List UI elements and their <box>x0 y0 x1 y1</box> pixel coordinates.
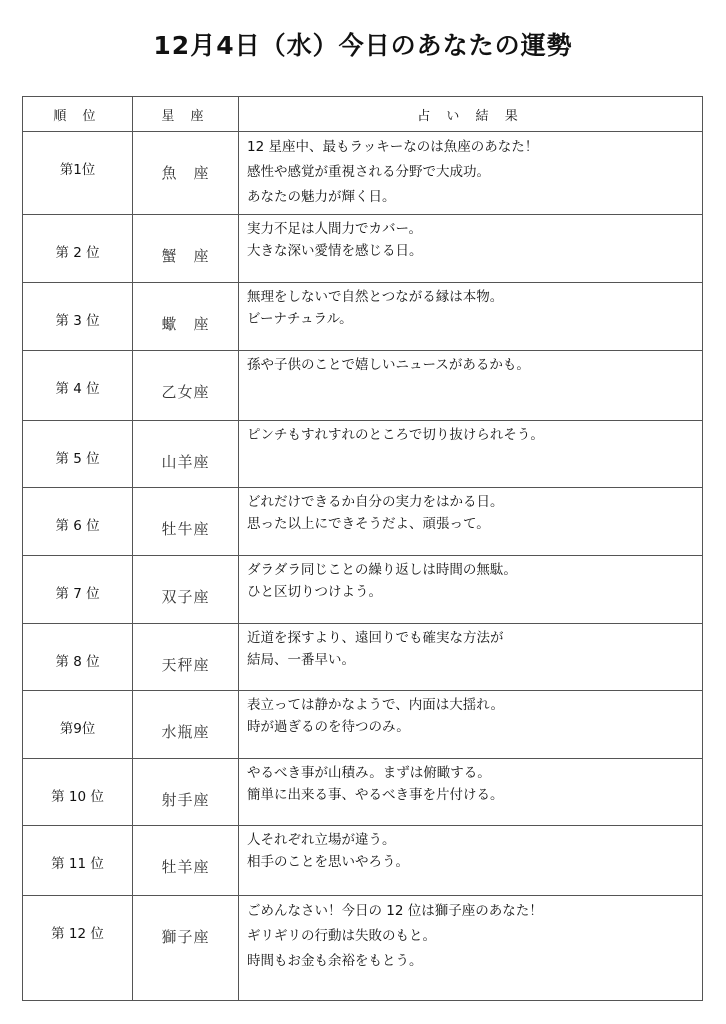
table-row: 第 8 位天秤座近道を探すより、遠回りでも確実な方法が結局、一番早い。 <box>23 624 703 691</box>
result-line: 大きな深い愛情を感じる日。 <box>247 240 694 262</box>
table-row: 第 2 位蟹 座実力不足は人間力でカバー。大きな深い愛情を感じる日。 <box>23 215 703 283</box>
result-line: 結局、一番早い。 <box>247 649 694 671</box>
rank-cell: 第 4 位 <box>23 351 133 421</box>
result-line: どれだけできるか自分の実力をはかる日。 <box>247 491 694 513</box>
header-sign: 星 座 <box>133 97 239 132</box>
result-line: 思った以上にできそうだよ、頑張って。 <box>247 513 694 535</box>
table-row: 第 4 位乙女座孫や子供のことで嬉しいニュースがあるかも。 <box>23 351 703 421</box>
result-cell: 孫や子供のことで嬉しいニュースがあるかも。 <box>239 351 703 421</box>
table-row: 第 11 位牡羊座人それぞれ立場が違う。相手のことを思いやろう。 <box>23 826 703 896</box>
sign-cell: 射手座 <box>133 759 239 826</box>
table-row: 第 10 位射手座やるべき事が山積み。まずは俯瞰する。簡単に出来る事、やるべき事… <box>23 759 703 826</box>
result-line: 人それぞれ立場が違う。 <box>247 829 694 851</box>
sign-cell: 山羊座 <box>133 421 239 488</box>
result-cell: 実力不足は人間力でカバー。大きな深い愛情を感じる日。 <box>239 215 703 283</box>
fortune-table: 順 位 星 座 占 い 結 果 第1位魚 座12 星座中、最もラッキーなのは魚座… <box>22 96 703 1001</box>
result-line: 無理をしないで自然とつながる縁は本物。 <box>247 286 694 308</box>
result-cell: ごめんなさい！今日の 12 位は獅子座のあなた！ギリギリの行動は失敗のもと。時間… <box>239 896 703 1001</box>
result-line: 時間もお金も余裕をもとう。 <box>247 949 694 974</box>
table-row: 第9位水瓶座表立っては静かなようで、内面は大揺れ。時が過ぎるのを待つのみ。 <box>23 691 703 759</box>
result-line: ギリギリの行動は失敗のもと。 <box>247 924 694 949</box>
table-row: 第 12 位獅子座ごめんなさい！今日の 12 位は獅子座のあなた！ギリギリの行動… <box>23 896 703 1001</box>
table-header-row: 順 位 星 座 占 い 結 果 <box>23 97 703 132</box>
sign-cell: 天秤座 <box>133 624 239 691</box>
result-line: 孫や子供のことで嬉しいニュースがあるかも。 <box>247 354 694 376</box>
table-row: 第 6 位牡牛座どれだけできるか自分の実力をはかる日。思った以上にできそうだよ、… <box>23 488 703 556</box>
result-line: 近道を探すより、遠回りでも確実な方法が <box>247 627 694 649</box>
table-row: 第 3 位蠍 座無理をしないで自然とつながる縁は本物。ビーナチュラル。 <box>23 283 703 351</box>
result-cell: 無理をしないで自然とつながる縁は本物。ビーナチュラル。 <box>239 283 703 351</box>
sign-cell: 蠍 座 <box>133 283 239 351</box>
result-line: ビーナチュラル。 <box>247 308 694 330</box>
result-line: ダラダラ同じことの繰り返しは時間の無駄。 <box>247 559 694 581</box>
result-line: 簡単に出来る事、やるべき事を片付ける。 <box>247 784 694 806</box>
result-line: 時が過ぎるのを待つのみ。 <box>247 716 694 738</box>
sign-cell: 魚 座 <box>133 132 239 215</box>
sign-cell: 蟹 座 <box>133 215 239 283</box>
result-line: 感性や感覚が重視される分野で大成功。 <box>247 160 694 185</box>
sign-cell: 双子座 <box>133 556 239 624</box>
result-line: ごめんなさい！今日の 12 位は獅子座のあなた！ <box>247 899 694 924</box>
rank-cell: 第 2 位 <box>23 215 133 283</box>
rank-cell: 第 12 位 <box>23 896 133 1001</box>
sign-cell: 獅子座 <box>133 896 239 1001</box>
result-line: ピンチもすれすれのところで切り抜けられそう。 <box>247 424 694 446</box>
table-row: 第1位魚 座12 星座中、最もラッキーなのは魚座のあなた！感性や感覚が重視される… <box>23 132 703 215</box>
table-row: 第 7 位双子座ダラダラ同じことの繰り返しは時間の無駄。ひと区切りつけよう。 <box>23 556 703 624</box>
sign-cell: 牡羊座 <box>133 826 239 896</box>
rank-cell: 第1位 <box>23 132 133 215</box>
rank-cell: 第 5 位 <box>23 421 133 488</box>
result-line: 表立っては静かなようで、内面は大揺れ。 <box>247 694 694 716</box>
result-cell: ピンチもすれすれのところで切り抜けられそう。 <box>239 421 703 488</box>
table-row: 第 5 位山羊座ピンチもすれすれのところで切り抜けられそう。 <box>23 421 703 488</box>
rank-cell: 第9位 <box>23 691 133 759</box>
rank-cell: 第 10 位 <box>23 759 133 826</box>
rank-cell: 第 6 位 <box>23 488 133 556</box>
result-line: ひと区切りつけよう。 <box>247 581 694 603</box>
result-line: 実力不足は人間力でカバー。 <box>247 218 694 240</box>
rank-cell: 第 11 位 <box>23 826 133 896</box>
result-cell: ダラダラ同じことの繰り返しは時間の無駄。ひと区切りつけよう。 <box>239 556 703 624</box>
sign-cell: 水瓶座 <box>133 691 239 759</box>
result-cell: 人それぞれ立場が違う。相手のことを思いやろう。 <box>239 826 703 896</box>
header-result: 占 い 結 果 <box>239 97 703 132</box>
result-cell: 12 星座中、最もラッキーなのは魚座のあなた！感性や感覚が重視される分野で大成功… <box>239 132 703 215</box>
result-cell: 表立っては静かなようで、内面は大揺れ。時が過ぎるのを待つのみ。 <box>239 691 703 759</box>
result-line: 12 星座中、最もラッキーなのは魚座のあなた！ <box>247 135 694 160</box>
rank-cell: 第 3 位 <box>23 283 133 351</box>
sign-cell: 牡牛座 <box>133 488 239 556</box>
result-line: 相手のことを思いやろう。 <box>247 851 694 873</box>
result-cell: やるべき事が山積み。まずは俯瞰する。簡単に出来る事、やるべき事を片付ける。 <box>239 759 703 826</box>
result-cell: どれだけできるか自分の実力をはかる日。思った以上にできそうだよ、頑張って。 <box>239 488 703 556</box>
result-line: あなたの魅力が輝く日。 <box>247 185 694 210</box>
rank-cell: 第 7 位 <box>23 556 133 624</box>
header-rank: 順 位 <box>23 97 133 132</box>
result-cell: 近道を探すより、遠回りでも確実な方法が結局、一番早い。 <box>239 624 703 691</box>
sign-cell: 乙女座 <box>133 351 239 421</box>
result-line: やるべき事が山積み。まずは俯瞰する。 <box>247 762 694 784</box>
rank-cell: 第 8 位 <box>23 624 133 691</box>
page-title: 12月4日（水）今日のあなたの運勢 <box>0 26 726 62</box>
